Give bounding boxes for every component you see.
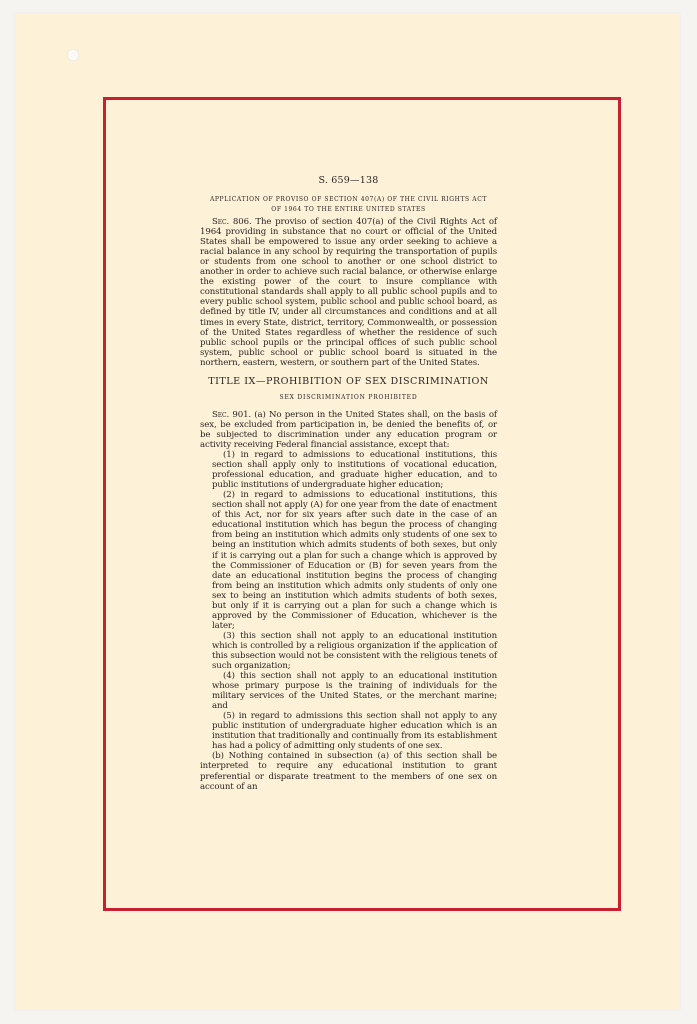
section-901-label: Sec. 901. (212, 410, 251, 420)
clause-2: (2) in regard to admissions to education… (212, 490, 497, 631)
title-ix-heading: TITLE IX—PROHIBITION OF SEX DISCRIMINATI… (200, 377, 497, 387)
document-page: S. 659—138 Application of proviso of sec… (15, 13, 680, 1010)
title-ix-subheading: Sex discrimination prohibited (200, 393, 497, 403)
clause-1: (1) in regard to admissions to education… (212, 450, 497, 490)
page-number: S. 659—138 (200, 176, 497, 186)
clause-4: (4) this section shall not apply to an e… (212, 671, 497, 711)
section-806-paragraph: Sec. 806. The proviso of section 407(a) … (200, 217, 497, 368)
punch-hole (67, 49, 79, 61)
clause-3: (3) this section shall not apply to an e… (212, 631, 497, 671)
section-806-label: Sec. 806. (212, 217, 252, 227)
section-901-intro: Sec. 901. (a) No person in the United St… (200, 410, 497, 450)
document-text: S. 659—138 Application of proviso of sec… (200, 176, 497, 792)
clause-5: (5) in regard to admissions this section… (212, 711, 497, 751)
subsection-b: (b) Nothing contained in subsection (a) … (200, 751, 497, 791)
section-806-heading: Application of proviso of section 407(a)… (206, 195, 491, 215)
section-806-body: The proviso of section 407(a) of the Civ… (200, 217, 497, 368)
